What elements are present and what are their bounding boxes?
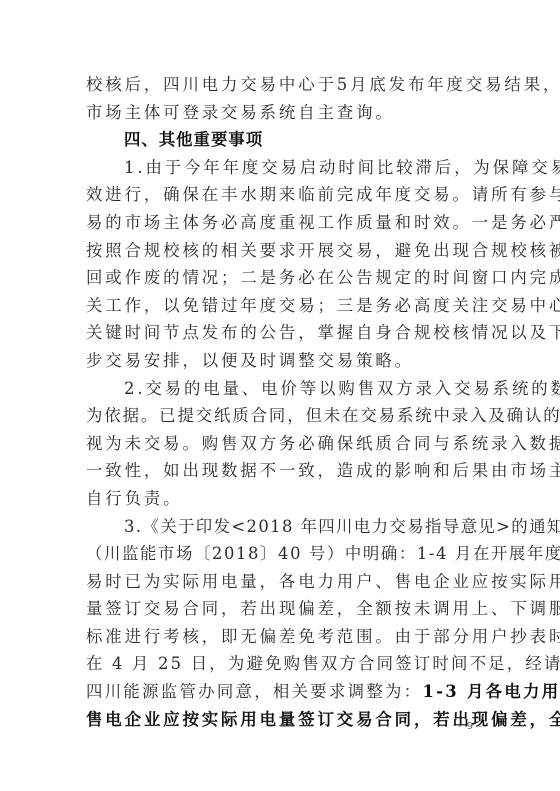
section-heading: 四、其他重要事项 <box>86 126 476 154</box>
paragraph-line: 校核后，四川电力交易中心于5月底发布年度交易结果，各 <box>86 71 476 99</box>
paragraph-line: 步交易安排，以便及时调整交易策略。 <box>86 347 476 375</box>
bold-paragraph-line: 售电企业应按实际用电量签订交易合同，若出现偏差，全额 <box>86 706 476 734</box>
paragraph-line: 关工作，以免错过年度交易；三是务必高度关注交易中心在 <box>86 292 476 320</box>
paragraph-line: 量签订交易合同，若出现偏差，全额按未调用上、下调服务 <box>86 595 476 623</box>
paragraph-line: 在 4 月 25 日，为避免购售双方合同签订时间不足，经请示 <box>86 650 476 678</box>
paragraph-line: 标准进行考核，即无偏差免考范围。由于部分用户抄表时间 <box>86 623 476 651</box>
body-text: 校核后，四川电力交易中心于5月底发布年度交易结果，各 市场主体可登录交易系统自主… <box>86 71 476 733</box>
paragraph-line: 四川能源监管办同意，相关要求调整为：1-3 月各电力用户、 <box>86 678 476 706</box>
paragraph-line: 自行负责。 <box>86 485 476 513</box>
bold-text: 1-3 月各电力用户、 <box>422 682 560 701</box>
paragraph-line: 3.《关于印发<2018 年四川电力交易指导意见>的通知》 <box>86 513 476 541</box>
paragraph-line: 市场主体可登录交易系统自主查询。 <box>86 99 476 127</box>
paragraph-line: 效进行，确保在丰水期来临前完成年度交易。请所有参与交 <box>86 181 476 209</box>
paragraph-line: 按照合规校核的相关要求开展交易，避免出现合规校核被退 <box>86 237 476 265</box>
paragraph-line: 为依据。已提交纸质合同，但未在交易系统中录入及确认的， <box>86 402 476 430</box>
paragraph-line: 视为未交易。购售双方务必确保纸质合同与系统录入数据的 <box>86 430 476 458</box>
document-page: 校核后，四川电力交易中心于5月底发布年度交易结果，各 市场主体可登录交易系统自主… <box>0 0 560 791</box>
paragraph-line: 易时已为实际用电量，各电力用户、售电企业应按实际用电 <box>86 568 476 596</box>
paragraph-line: 一致性，如出现数据不一致，造成的影响和后果由市场主体 <box>86 457 476 485</box>
paragraph-line: 关键时间节点发布的公告，掌握自身合规校核情况以及下一 <box>86 319 476 347</box>
page-number: - 9 - <box>458 721 483 732</box>
paragraph-line: 1.由于今年年度交易启动时间比较滞后，为保障交易高 <box>86 154 476 182</box>
paragraph-line: 2.交易的电量、电价等以购售双方录入交易系统的数据 <box>86 375 476 403</box>
paragraph-line: 易的市场主体务必高度重视工作质量和时效。一是务必严格 <box>86 209 476 237</box>
paragraph-line: （川监能市场〔2018〕40 号）中明确：1-4 月在开展年度交 <box>86 540 476 568</box>
line-text: 四川能源监管办同意，相关要求调整为： <box>86 682 422 701</box>
paragraph-line: 回或作废的情况；二是务必在公告规定的时间窗口内完成相 <box>86 264 476 292</box>
